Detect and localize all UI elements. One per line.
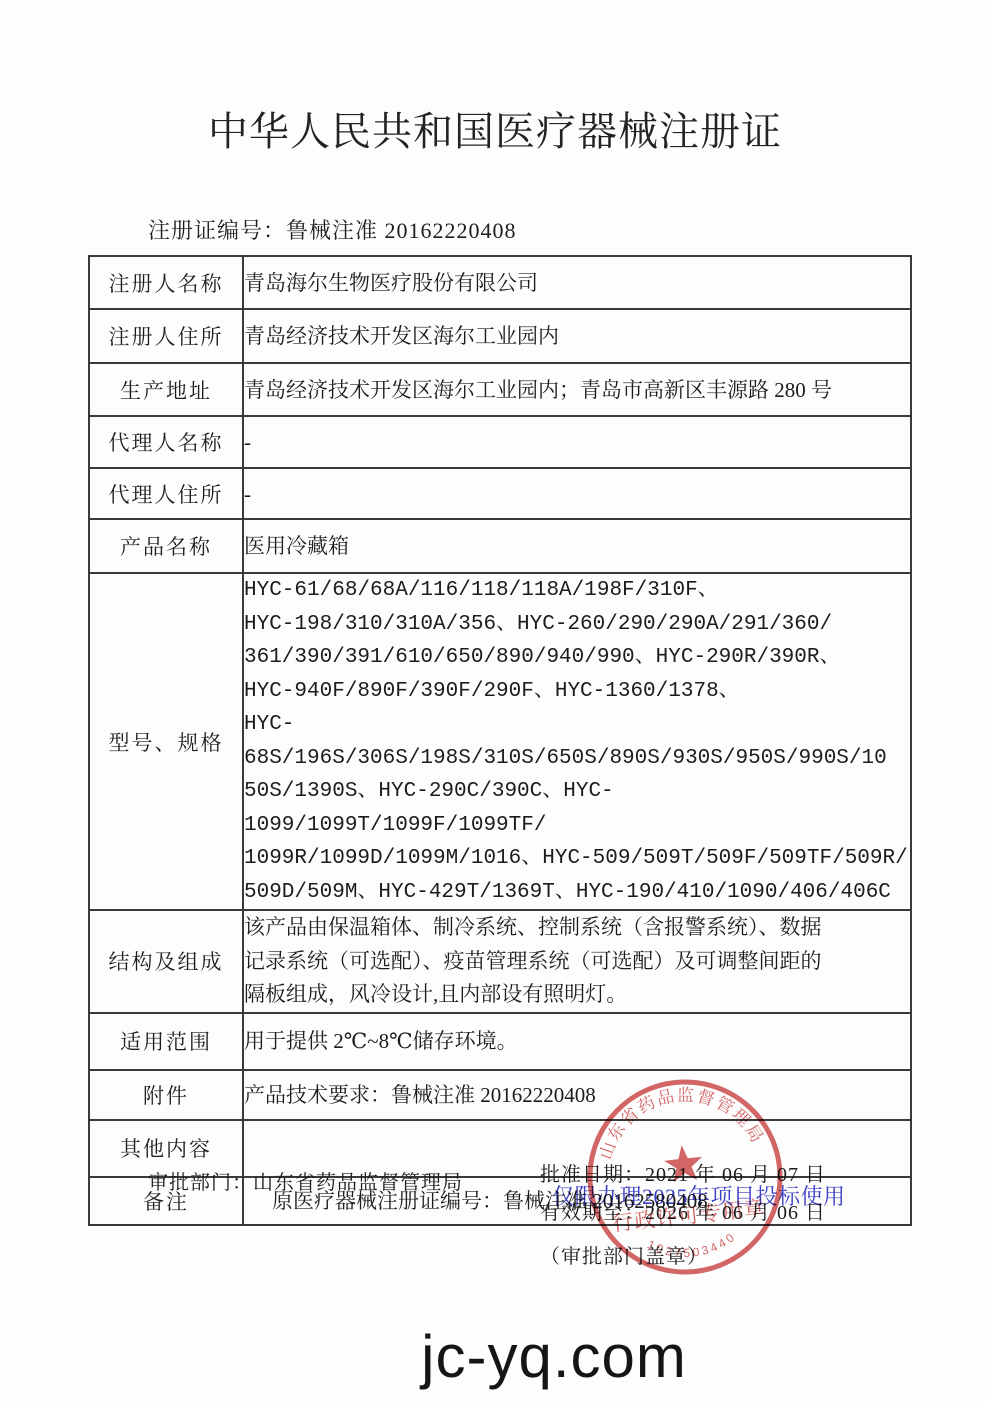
row-label: 型号、规格: [89, 573, 243, 910]
table-row-attachment: 附件 产品技术要求：鲁械注准 20162220408: [89, 1070, 911, 1120]
row-value: -: [243, 468, 911, 519]
table-row-structure-composition: 结构及组成 该产品由保温箱体、制冷系统、控制系统（含报警系统）、数据 记录系统（…: [89, 910, 911, 1013]
page-title: 中华人民共和国医疗器械注册证: [0, 100, 990, 157]
row-value: 产品技术要求：鲁械注准 20162220408: [243, 1070, 911, 1120]
certificate-table: 注册人名称 青岛海尔生物医疗股份有限公司 注册人住所 青岛经济技术开发区海尔工业…: [88, 255, 912, 1226]
row-label: 代理人住所: [89, 468, 243, 519]
row-value: 青岛经济技术开发区海尔工业园内: [243, 309, 911, 363]
site-watermark: jc-yq.com: [0, 1322, 990, 1391]
row-label: 代理人名称: [89, 416, 243, 468]
row-value: HYC-61/68/68A/116/118/118A/198F/310F、 HY…: [243, 573, 911, 910]
row-label: 注册人名称: [89, 256, 243, 309]
row-value: -: [243, 416, 911, 468]
row-value: 该产品由保温箱体、制冷系统、控制系统（含报警系统）、数据 记录系统（可选配）、疫…: [243, 910, 911, 1013]
row-label: 结构及组成: [89, 910, 243, 1013]
table-row-agent-address: 代理人住所 -: [89, 468, 911, 519]
row-label: 产品名称: [89, 519, 243, 573]
row-label: 适用范围: [89, 1013, 243, 1070]
table-row-intended-use: 适用范围 用于提供 2℃~8℃储存环境。: [89, 1013, 911, 1070]
row-value: 青岛经济技术开发区海尔工业园内；青岛市高新区丰源路 280 号: [243, 363, 911, 416]
approval-department: 审批部门：山东省药品监督管理局: [148, 1166, 463, 1195]
row-value: 用于提供 2℃~8℃储存环境。: [243, 1013, 911, 1070]
row-label: 附件: [89, 1070, 243, 1120]
row-label: 注册人住所: [89, 309, 243, 363]
row-value: 青岛海尔生物医疗股份有限公司: [243, 256, 911, 309]
registration-number-value: 鲁械注准 20162220408: [286, 218, 517, 243]
table-row-registrant-address: 注册人住所 青岛经济技术开发区海尔工业园内: [89, 309, 911, 363]
registration-number-line: 注册证编号：鲁械注准 20162220408: [148, 214, 517, 245]
restriction-watermark: 仅限办理2025年项目投标使用: [552, 1180, 846, 1211]
table-row-agent-name: 代理人名称 -: [89, 416, 911, 468]
table-row-registrant-name: 注册人名称 青岛海尔生物医疗股份有限公司: [89, 256, 911, 309]
row-label: 生产地址: [89, 363, 243, 416]
table-row-product-name: 产品名称 医用冷藏箱: [89, 519, 911, 573]
registration-number-label: 注册证编号：: [148, 218, 286, 243]
certificate-page: 中华人民共和国医疗器械注册证 注册证编号：鲁械注准 20162220408 注册…: [0, 0, 990, 1401]
table-row-model-spec: 型号、规格 HYC-61/68/68A/116/118/118A/198F/31…: [89, 573, 911, 910]
row-value: 医用冷藏箱: [243, 519, 911, 573]
table-row-production-address: 生产地址 青岛经济技术开发区海尔工业园内；青岛市高新区丰源路 280 号: [89, 363, 911, 416]
seal-note: （审批部门盖章）: [540, 1245, 826, 1269]
